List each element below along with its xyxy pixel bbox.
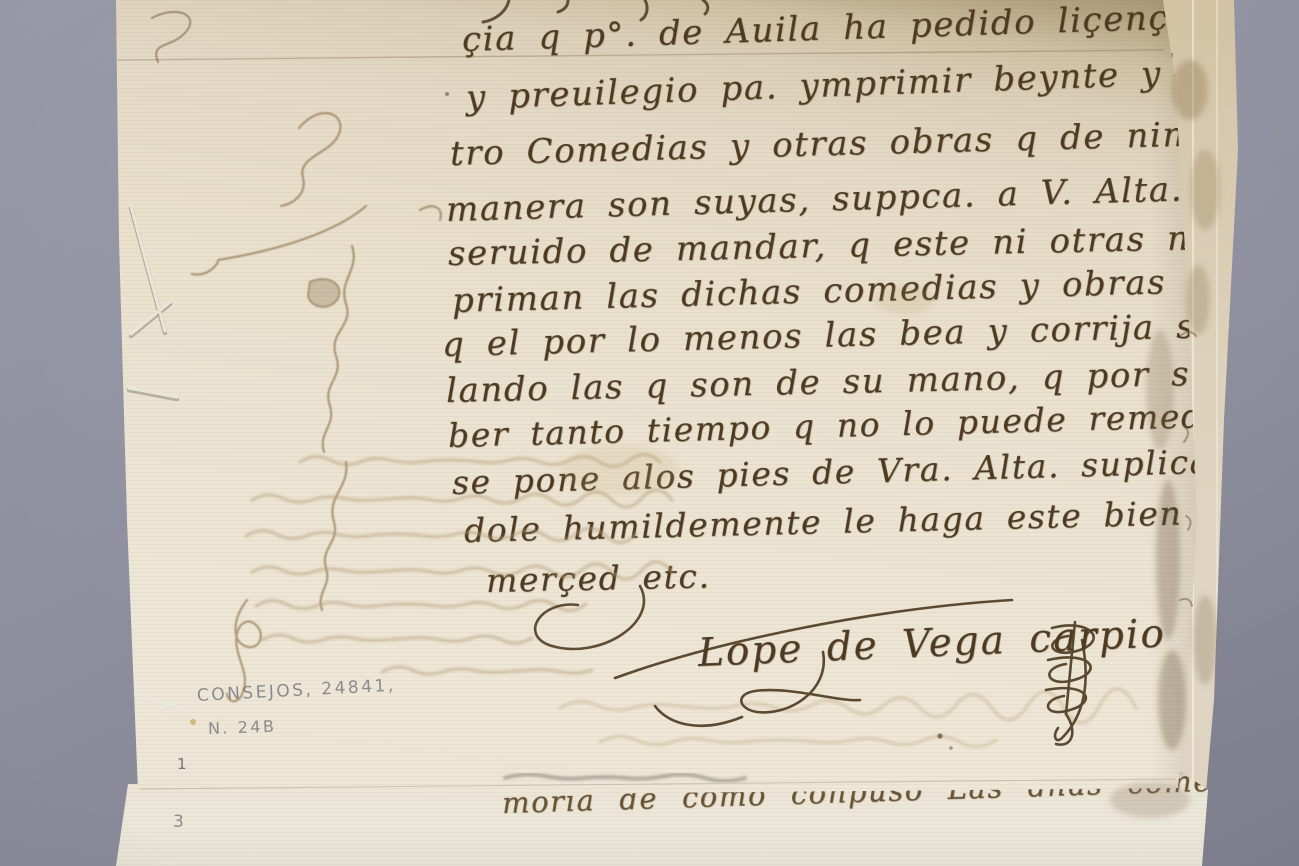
pencil-mark: 1 [177, 755, 189, 773]
manuscript-page: çia q p°. de Auila ha pedido liçençia y … [0, 0, 1299, 866]
page-edge-ridge [1216, 0, 1218, 866]
pencil-reference-line1: CONSEJOS, 24841, [196, 676, 396, 706]
manuscript-line: merçed etc. [486, 556, 711, 600]
signature: Lope de Vega carpio [697, 611, 1167, 676]
manuscript-line: tro Comedias y otras obras q de ninguna [449, 112, 1278, 174]
pencil-reference-line2: N. 24B [208, 717, 277, 738]
manuscript-line: çia q p°. de Auila ha pedido liçençia [461, 0, 1204, 60]
folio-number: 3 [173, 812, 186, 832]
manuscript-photo: 162 moria de como conpuso Las dhas comed… [0, 0, 1299, 866]
manuscript-line: dole humildemente le haga este bien y [464, 492, 1225, 550]
manuscript-line: y preuilegio pa. ymprimir beynte y qua [465, 51, 1252, 118]
